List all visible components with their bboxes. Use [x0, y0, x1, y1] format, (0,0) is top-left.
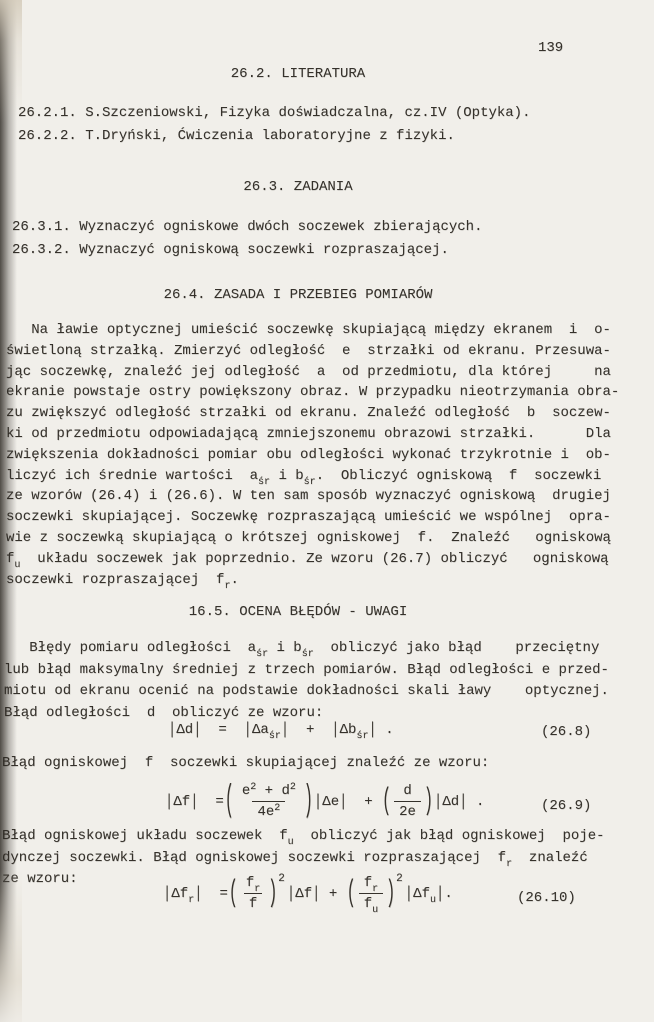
fraction-numerator: fr — [241, 874, 265, 893]
literatura-item: 26.2.2. T.Dryński, Ćwiczenia laboratoryj… — [18, 125, 455, 148]
paren-exponent: 2 — [396, 873, 403, 885]
equation-26-9-lhs: │Δf│ = — [165, 794, 224, 810]
zadania-item: 26.3.2. Wyznaczyć ogniskową soczewki roz… — [12, 239, 449, 262]
zadania-item: 26.3.1. Wyznaczyć ogniskowe dwóch soczew… — [12, 216, 482, 239]
close-paren: ) — [268, 876, 277, 911]
equation-26-9: │Δf│ = ( e2 + d2 4e2 ) │Δe│ + ( d 2e ) │… — [165, 782, 484, 821]
equation-26-9-mid: │Δe│ + — [314, 794, 381, 810]
section-zasada-heading: 26.4. ZASADA I PRZEBIEG POMIARÓW — [0, 287, 596, 303]
scanned-document-page: 139 26.2. LITERATURA 26.2.1. S.Szczeniow… — [0, 0, 654, 1022]
paren-exponent: 2 — [278, 873, 285, 885]
open-paren: ( — [382, 784, 391, 819]
open-paren: ( — [229, 876, 238, 911]
equation-26-10-mid: │Δf│ + — [287, 886, 346, 902]
equation-26-10: │Δfr│ = ( fr f ) 2 │Δf│ + ( fr fu ) 2 │Δ… — [163, 874, 453, 913]
page-number: 139 — [538, 38, 563, 60]
fraction-denominator: fu — [359, 893, 383, 913]
ocena-paragraph: Błędy pomiaru odległości aśr i bśr oblic… — [4, 638, 644, 724]
section-zadania-heading: 26.3. ZADANIA — [0, 179, 596, 195]
equation-26-8-expression: │Δd│ = │Δaśr│ + │Δbśr│ . — [168, 722, 394, 738]
zasada-paragraph: Na ławie optycznej umieścić soczewkę sku… — [6, 320, 642, 590]
close-paren: ) — [424, 784, 433, 819]
equation-26-9-rhs: │Δd│ . — [434, 794, 484, 810]
open-paren: ( — [347, 876, 356, 911]
fraction-numerator: e2 + d2 — [237, 782, 301, 801]
fraction-denominator: f — [244, 893, 262, 913]
section-literatura-heading: 26.2. LITERATURA — [0, 66, 596, 82]
fraction-numerator: fr — [359, 874, 383, 893]
close-paren: ) — [304, 781, 313, 823]
fraction-denominator: 4e2 — [252, 801, 285, 821]
fraction: d 2e — [394, 782, 421, 821]
equation-26-10-rhs: │Δfu│. — [405, 886, 453, 902]
literatura-item: 26.2.1. S.Szczeniowski, Fizyka doświadcz… — [18, 102, 530, 125]
fraction: e2 + d2 4e2 — [237, 782, 301, 821]
equation-26-9-number: (26.9) — [541, 798, 591, 814]
ocena-after-eq8-text: Błąd ogniskowej f soczewki skupiającej z… — [2, 753, 489, 775]
equation-26-10-lhs: │Δfr│ = — [163, 886, 228, 902]
open-paren: ( — [225, 781, 234, 823]
equation-26-8: │Δd│ = │Δaśr│ + │Δbśr│ . — [168, 722, 394, 738]
fraction: fr fu — [359, 874, 383, 913]
fraction-numerator: d — [398, 782, 416, 801]
equation-26-10-number: (26.10) — [517, 890, 576, 906]
fraction: fr f — [241, 874, 265, 913]
close-paren: ) — [386, 876, 395, 911]
equation-26-8-number: (26.8) — [541, 724, 591, 740]
section-ocena-heading: 16.5. OCENA BŁĘDÓW - UWAGI — [0, 604, 596, 620]
fraction-denominator: 2e — [394, 801, 421, 821]
